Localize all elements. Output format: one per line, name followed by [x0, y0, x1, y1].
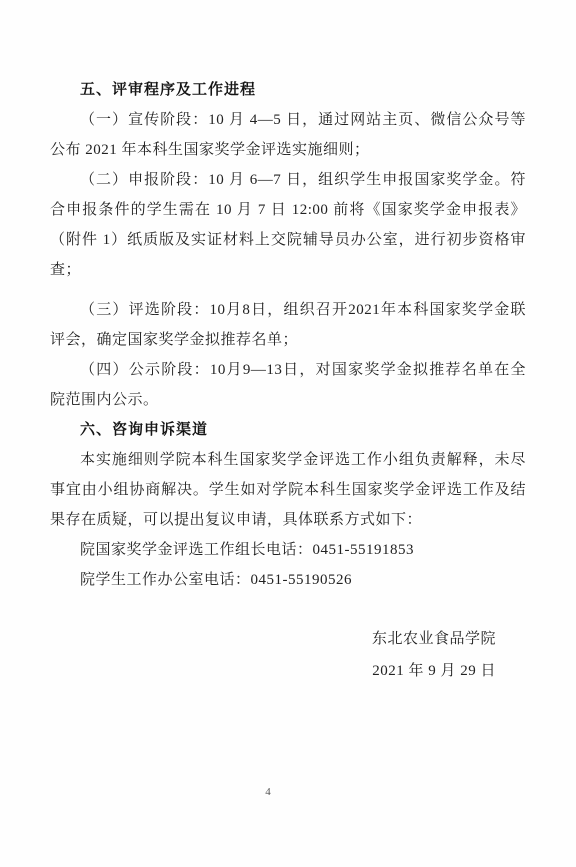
doc-line-stage4-a: （四）公示阶段：10月9—13日，对国家奖学金拟推荐名单在全	[50, 355, 526, 385]
doc-line-stage2-a: （二）申报阶段：10 月 6—7 日，组织学生申报国家奖学金。符	[50, 165, 526, 195]
doc-line-stage1-a: （一）宣传阶段：10 月 4—5 日，通过网站主页、微信公众号等	[50, 105, 526, 135]
signature-date: 2021 年 9 月 29 日	[50, 655, 496, 687]
doc-line-consult-a: 本实施细则学院本科生国家奖学金评选工作小组负责解释，未尽	[50, 445, 526, 475]
doc-line-stage1-b: 公布 2021 年本科生国家奖学金评选实施细则；	[50, 135, 526, 165]
document-body: 五、评审程序及工作进程 （一）宣传阶段：10 月 4—5 日，通过网站主页、微信…	[50, 75, 526, 687]
doc-line-phone-group-leader: 院国家奖学金评选工作组长电话：0451-55191853	[50, 535, 526, 565]
doc-line-stage2-c: （附件 1）纸质版及实证材料上交院辅导员办公室，进行初步资格审	[50, 225, 526, 255]
page-number: 4	[265, 786, 271, 798]
document-page: 五、评审程序及工作进程 （一）宣传阶段：10 月 4—5 日，通过网站主页、微信…	[0, 0, 576, 867]
section-heading-consultation: 六、咨询申诉渠道	[50, 415, 526, 445]
page-footer: 4	[0, 786, 536, 798]
signature-organization: 东北农业食品学院	[50, 623, 496, 655]
signature-block: 东北农业食品学院 2021 年 9 月 29 日	[50, 623, 526, 687]
doc-line-stage4-b: 院范围内公示。	[50, 385, 526, 415]
doc-line-stage2-b: 合申报条件的学生需在 10 月 7 日 12:00 前将《国家奖学金申报表》	[50, 195, 526, 225]
doc-line-phone-student-office: 院学生工作办公室电话：0451-55190526	[50, 565, 526, 595]
doc-line-consult-b: 事宜由小组协商解决。学生如对学院本科生国家奖学金评选工作及结	[50, 475, 526, 505]
doc-line-stage2-d: 查；	[50, 255, 526, 285]
doc-line-consult-c: 果存在质疑，可以提出复议申请，具体联系方式如下：	[50, 505, 526, 535]
doc-line-stage3-a: （三）评选阶段：10月8日，组织召开2021年本科国家奖学金联	[50, 295, 526, 325]
doc-line-stage3-b: 评会，确定国家奖学金拟推荐名单；	[50, 325, 526, 355]
section-heading-review-procedure: 五、评审程序及工作进程	[50, 75, 526, 105]
